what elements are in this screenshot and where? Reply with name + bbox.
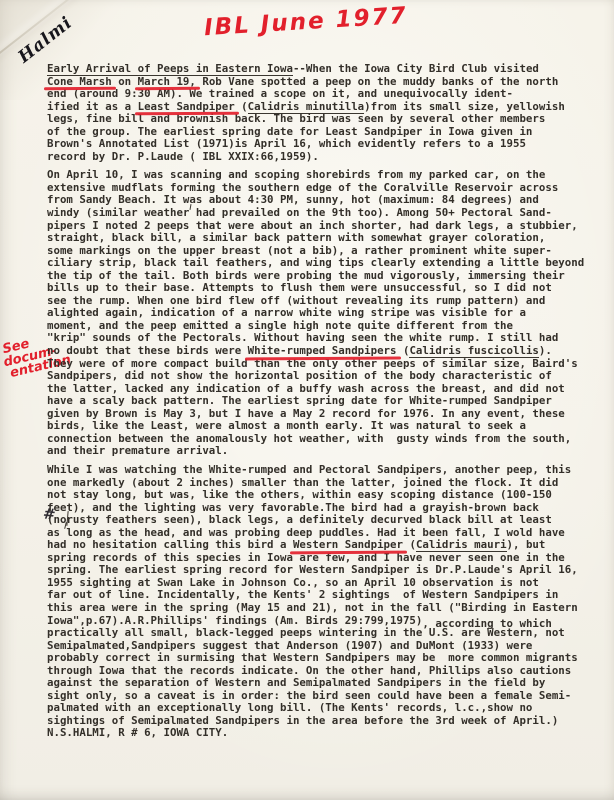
- text-segment: Sandpipers, did not show the horizontal …: [47, 369, 552, 382]
- text-segment: this area were in the spring (May 15 and…: [47, 601, 578, 614]
- text-segment: feet), and the lighting was very favorab…: [47, 501, 539, 514]
- red-underlined-text: Least Sandpiper: [138, 100, 235, 113]
- red-underlined-text: Cone Marsh: [47, 75, 112, 88]
- text-segment: had no hesitation calling this bird a: [47, 538, 293, 551]
- text-segment: (: [397, 344, 410, 357]
- text-segment: connection between the anomalously hot w…: [47, 432, 571, 445]
- text-segment: While I was watching the White-rumped an…: [47, 463, 571, 476]
- text-line: and their premature arrival.: [47, 445, 592, 458]
- text-segment: from Sandy Beach. It was about 4:30 PM, …: [47, 193, 539, 206]
- text-segment: windy (similar weather had prevailed on …: [47, 206, 552, 219]
- text-segment: the tip of the tail. Both birds were pro…: [47, 269, 565, 282]
- text-line: record by Dr. P.Laude ( IBL XXIX:66,1959…: [47, 151, 592, 164]
- text-segment: Semipalmated,Sandpipers suggest that And…: [47, 639, 532, 652]
- text-segment: through Iowa that the records indicate. …: [47, 664, 571, 677]
- text-segment: against the separation of Western and Se…: [47, 676, 545, 689]
- text-segment: ).: [539, 344, 552, 357]
- text-segment: sight only, so a caveat is in order: the…: [47, 689, 571, 702]
- handwritten-signature: Halmi: [15, 13, 77, 68]
- text-segment: end (around 9:30 AM). We trained a scope…: [47, 87, 513, 100]
- text-segment: On April 10, I was scanning and scoping …: [47, 168, 545, 181]
- text-segment: have a scaly back pattern. The earliest …: [47, 394, 552, 407]
- text-line: N.S.HALMI, R # 6, IOWA CITY.: [47, 727, 592, 740]
- text-segment: ), but: [507, 538, 546, 551]
- paragraph: On April 10, I was scanning and scoping …: [47, 169, 592, 458]
- text-segment: and their premature arrival.: [47, 444, 228, 457]
- text-segment: sightings of Semipalmated Sandpipers in …: [47, 714, 558, 727]
- text-segment: , according to which: [422, 617, 551, 630]
- text-segment: alighted again, indication of a narrow w…: [47, 306, 526, 319]
- text-segment: birds, like the Least, were almost a mon…: [47, 419, 526, 432]
- text-segment: )from its small size, yellowish: [364, 100, 565, 113]
- text-segment: N.S.HALMI, R # 6, IOWA CITY.: [47, 726, 228, 739]
- text-segment: see the rump. When one bird flew off (wi…: [47, 294, 545, 307]
- text-segment: Iowa",p.67).A.R.Phillips' findings (Am. …: [47, 614, 422, 627]
- text-segment: moment, and the peep emitted a single hi…: [47, 319, 513, 332]
- text-segment: far out of line. Incidentally, the Kents…: [47, 588, 558, 601]
- text-segment: (: [235, 100, 248, 113]
- text-segment: (norusty feathers seen), black legs, a d…: [47, 513, 552, 526]
- text-segment: spring. The earliest spring record for W…: [47, 563, 578, 576]
- paragraph: While I was watching the White-rumped an…: [47, 464, 592, 740]
- text-segment: ciliary strip, black tail feathers, and …: [47, 256, 584, 269]
- scanned-document-page: Halmi IBL June 1977 See docum- entation …: [0, 0, 614, 800]
- handwritten-stamp-date: IBL June 1977: [203, 3, 408, 41]
- text-segment: legs, fine bill and brownish back. The b…: [47, 112, 545, 125]
- text-segment: Brown's Annotated List (1971)is April 16…: [47, 137, 526, 150]
- paragraph: Early Arrival of Peeps in Eastern Iowa--…: [47, 63, 592, 163]
- text-segment: some markings on the upper breast (not a…: [47, 244, 552, 257]
- text-segment: not stay long, but was, like the others,…: [47, 488, 552, 501]
- text-segment: record by Dr. P.Laude ( IBL XXIX:66,1959…: [47, 150, 319, 163]
- red-underlined-text: March 19,: [138, 75, 196, 88]
- red-underlined-text: Western Sandpiper: [293, 538, 403, 551]
- text-segment: bills up to their base. Attempts to flus…: [47, 281, 552, 294]
- text-segment: no doubt that these birds were: [47, 344, 248, 357]
- text-segment: "krip" sounds of the Pectorals. Without …: [47, 331, 558, 344]
- text-segment: one markedly (about 2 inches) smaller th…: [47, 476, 558, 489]
- text-segment: Rob Vane spotted a peep on the muddy ban…: [196, 75, 558, 88]
- text-segment: on: [112, 75, 138, 88]
- red-underlined-text: White-rumped Sandpipers: [248, 344, 397, 357]
- text-segment: --When the Iowa City Bird Club visited: [293, 62, 539, 75]
- text-segment: as long as the head, and was probing dee…: [47, 526, 565, 539]
- text-segment: 1955 sighting at Swan Lake in Johnson Co…: [47, 576, 539, 589]
- text-segment: of the group. The earliest spring date f…: [47, 125, 532, 138]
- text-segment: extensive mudflats forming the southern …: [47, 181, 558, 194]
- text-segment: ified it as a: [47, 100, 138, 113]
- text-segment: straight, black bill, a similar back pat…: [47, 231, 545, 244]
- text-segment: (: [403, 538, 416, 551]
- text-segment: pipers I noted 2 peeps that were about a…: [47, 219, 578, 232]
- text-segment: the latter, lacked any indication of a b…: [47, 382, 565, 395]
- text-segment: given by Brown is May 3, but I have a Ma…: [47, 407, 565, 420]
- text-segment: palmated with an exceptionally long bill…: [47, 701, 532, 714]
- document-body: Early Arrival of Peeps in Eastern Iowa--…: [47, 63, 592, 746]
- text-segment: probably correct in surmising that Weste…: [47, 651, 578, 664]
